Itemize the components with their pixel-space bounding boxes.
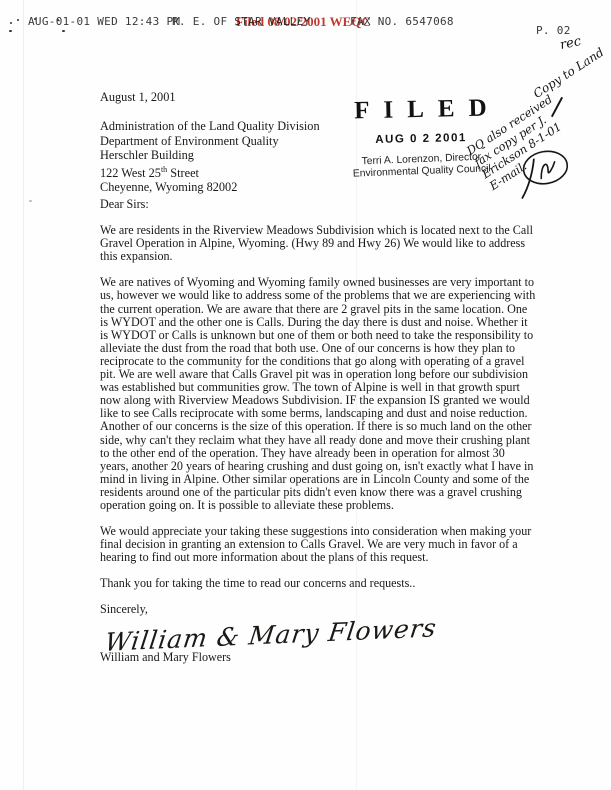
scan-speckle (10, 22, 12, 24)
handwritten-rec-note: rec (559, 34, 583, 53)
circled-initials-mark (508, 141, 578, 201)
recipient-address-block: Administration of the Land Quality Divis… (100, 119, 320, 195)
fax-page-number: P. 02 (536, 24, 571, 37)
address-line: Administration of the Land Quality Divis… (100, 119, 320, 134)
address-street-name: Street (167, 166, 199, 180)
fax-timestamp: AUG-01-01 WED 12:43 PM (28, 15, 180, 28)
scan-speckle (9, 30, 12, 32)
letter-paragraph: Thank you for taking the time to read ou… (100, 577, 536, 590)
salutation: Dear Sirs: (100, 198, 536, 211)
fax-number: FAX NO. 6547068 (350, 15, 454, 28)
address-line: Herschler Building (100, 148, 320, 163)
letter-paragraph: We are residents in the Riverview Meadow… (100, 224, 536, 263)
scan-speckle (62, 30, 65, 32)
scanned-fax-letter: AUG-01-01 WED 12:43 PM R. E. OF STAR VAL… (0, 0, 611, 790)
letter-paragraph: We are natives of Wyoming and Wyoming fa… (100, 276, 536, 512)
letter-date: August 1, 2001 (100, 90, 176, 105)
filed-stamp-date: AUG 0 2 2001 (336, 131, 506, 147)
scan-speckle (17, 19, 19, 21)
address-line: Cheyenne, Wyoming 82002 (100, 180, 320, 195)
scan-artifact-line (23, 0, 24, 790)
filed-stamp-title: FILED (335, 94, 506, 126)
scan-speckle (29, 200, 32, 202)
address-line: 122 West 25th Street (100, 163, 320, 181)
address-street-number: 122 West 25 (100, 166, 161, 180)
letter-paragraph: We would appreciate your taking these su… (100, 525, 536, 564)
address-line: Department of Environment Quality (100, 134, 320, 149)
filed-stamp: FILED AUG 0 2 2001 Terri A. Lorenzon, Di… (335, 94, 507, 179)
filed-stamp-signatory: Terri A. Lorenzon, Director Environmenta… (336, 151, 507, 181)
letter-body: Dear Sirs: We are residents in the River… (100, 198, 536, 664)
